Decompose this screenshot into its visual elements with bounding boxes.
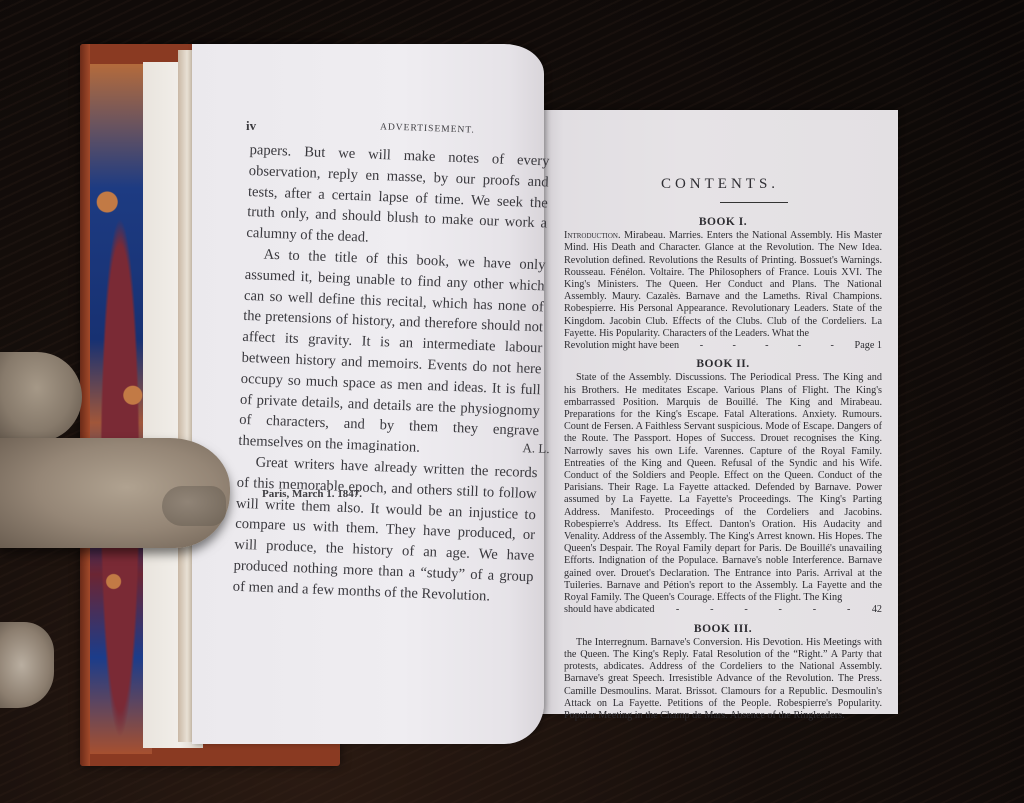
table-of-contents: BOOK I. Introduction. Mirabeau. Marries.… bbox=[564, 210, 882, 722]
dateline: Paris, March 1. 1847. bbox=[262, 488, 362, 500]
page-reference: 42 bbox=[872, 604, 882, 616]
leader-text: should have abdicated bbox=[564, 604, 655, 616]
summary-text: Mirabeau. Marries. Enters the National A… bbox=[564, 230, 882, 339]
signature: A. L. bbox=[522, 440, 550, 457]
paragraph: papers. But we will make notes of every … bbox=[246, 140, 550, 255]
right-page-contents: CONTENTS. BOOK I. Introduction. Mirabeau… bbox=[542, 110, 898, 714]
leader-dashes: ------ bbox=[655, 604, 872, 616]
title-rule bbox=[720, 202, 788, 203]
page-number: iv bbox=[246, 118, 256, 134]
leader-dashes: ----- bbox=[679, 340, 854, 352]
contents-title: CONTENTS. bbox=[542, 176, 898, 193]
toc-leader-line: Revolution might have been ----- Page 1 bbox=[564, 340, 882, 352]
paragraph: Great writers have already written the r… bbox=[232, 452, 537, 609]
book-summary: State of the Assembly. Discussions. The … bbox=[564, 372, 882, 604]
toc-leader-line: should have abdicated ------ 42 bbox=[564, 604, 882, 616]
book-heading: BOOK II. bbox=[564, 358, 882, 370]
running-head: ADVERTISEMENT. bbox=[380, 122, 475, 135]
leader-text: Revolution might have been bbox=[564, 340, 679, 352]
book-heading: BOOK III. bbox=[564, 623, 882, 635]
book-summary: The Interregnum. Barnave's Conversion. H… bbox=[564, 637, 882, 722]
page-reference: Page 1 bbox=[855, 340, 882, 352]
intro-label: Introduction. bbox=[564, 230, 621, 241]
advertisement-text: papers. But we will make notes of every … bbox=[232, 140, 549, 609]
left-page-advertisement: iv ADVERTISEMENT. papers. But we will ma… bbox=[192, 44, 544, 744]
book-heading: BOOK I. bbox=[564, 216, 882, 228]
thumbnail bbox=[162, 486, 226, 526]
paragraph: As to the title of this book, we have on… bbox=[238, 244, 546, 463]
cover-edge bbox=[80, 44, 90, 766]
book-summary: Introduction. Mirabeau. Marries. Enters … bbox=[564, 230, 882, 340]
